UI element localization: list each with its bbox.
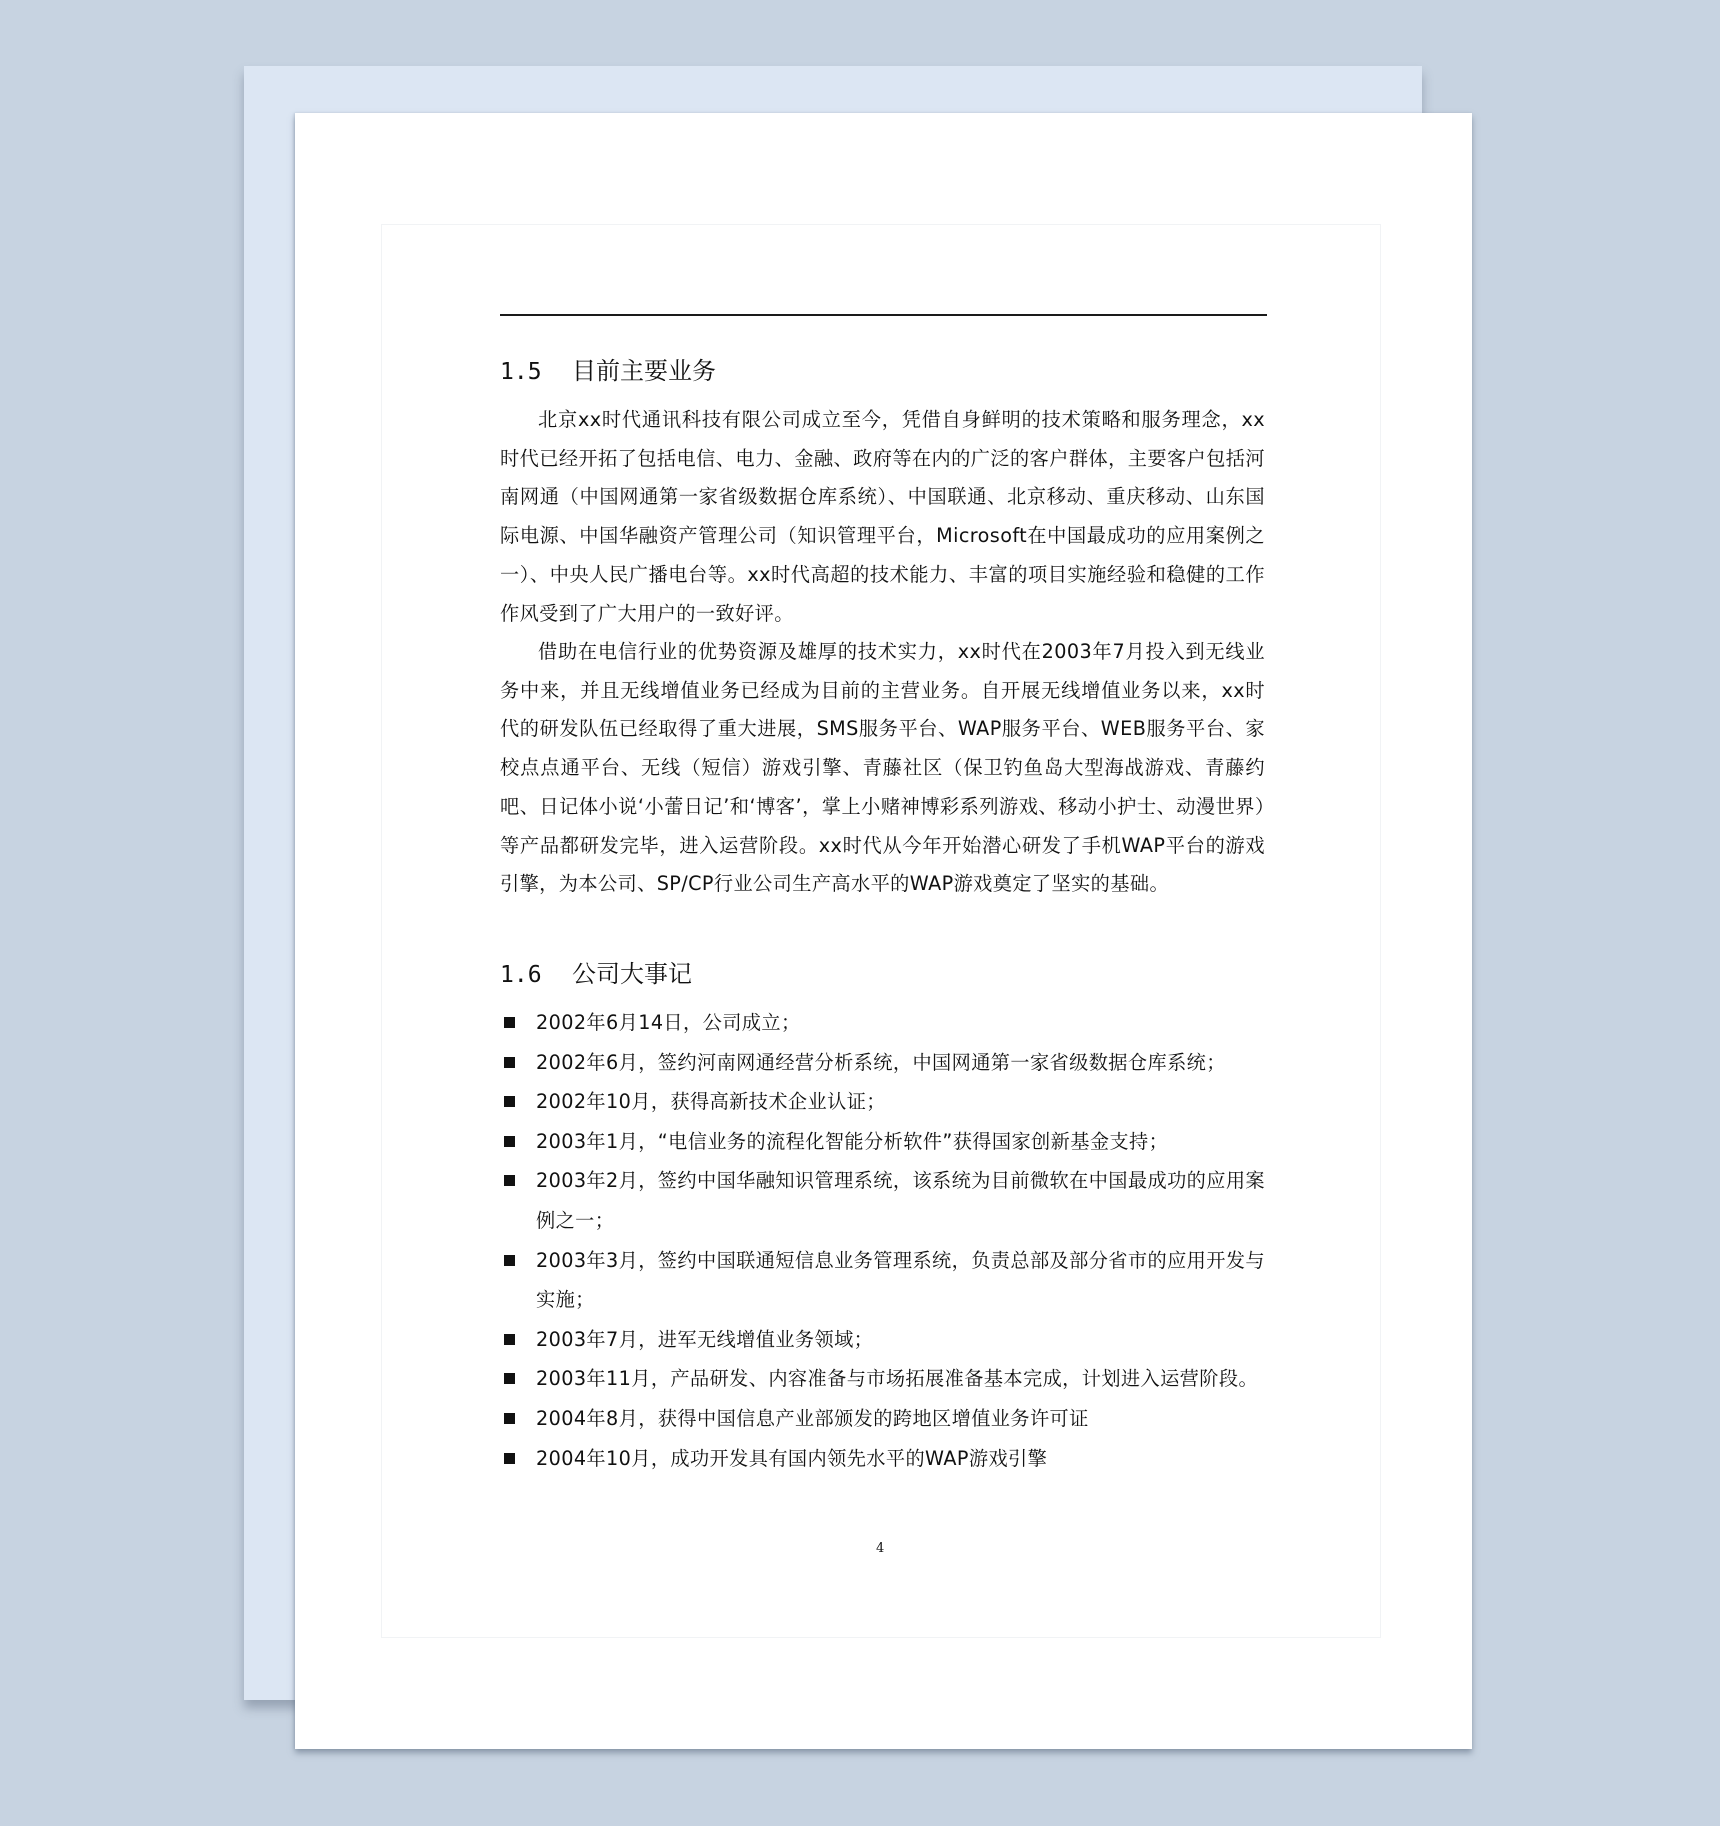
list-item-text: 2003年7月，进军无线增值业务领域； <box>536 1328 873 1351</box>
square-bullet-icon <box>504 1334 515 1345</box>
list-item-text: 2003年11月，产品研发、内容准备与市场拓展准备基本完成，计划进入运营阶段。 <box>536 1367 1258 1390</box>
list-item: 2002年10月，获得高新技术企业认证； <box>500 1082 1270 1122</box>
list-item-text: 2003年3月，签约中国联通短信息业务管理系统，负责总部及部分省市的应用开发与实… <box>536 1249 1265 1312</box>
list-item: 2004年10月，成功开发具有国内领先水平的WAP游戏引擎 <box>500 1439 1270 1479</box>
section-heading-1-5: 1.5目前主要业务 <box>500 356 716 387</box>
list-item-text: 2003年1月，“电信业务的流程化智能分析软件”获得国家创新基金支持； <box>536 1130 1168 1153</box>
list-item-text: 2004年10月，成功开发具有国内领先水平的WAP游戏引擎 <box>536 1447 1047 1470</box>
square-bullet-icon <box>504 1453 515 1464</box>
section-number: 1.6 <box>500 960 572 990</box>
document-page: 1.5目前主要业务 北京xx时代通讯科技有限公司成立至今，凭借自身鲜明的技术策略… <box>295 113 1472 1749</box>
list-item: 2003年1月，“电信业务的流程化智能分析软件”获得国家创新基金支持； <box>500 1122 1270 1162</box>
square-bullet-icon <box>504 1373 515 1384</box>
list-item: 2002年6月14日，公司成立； <box>500 1003 1270 1043</box>
section-title: 公司大事记 <box>572 960 692 988</box>
milestone-list: 2002年6月14日，公司成立； 2002年6月，签约河南网通经营分析系统，中国… <box>500 1003 1270 1478</box>
list-item: 2003年7月，进军无线增值业务领域； <box>500 1320 1270 1360</box>
list-item-text: 2004年8月，获得中国信息产业部颁发的跨地区增值业务许可证 <box>536 1407 1089 1430</box>
section-number: 1.5 <box>500 357 572 387</box>
square-bullet-icon <box>504 1096 515 1107</box>
square-bullet-icon <box>504 1175 515 1186</box>
square-bullet-icon <box>504 1057 515 1068</box>
list-item-text: 2002年10月，获得高新技术企业认证； <box>536 1090 886 1113</box>
list-item: 2004年8月，获得中国信息产业部颁发的跨地区增值业务许可证 <box>500 1399 1270 1439</box>
list-item: 2002年6月，签约河南网通经营分析系统，中国网通第一家省级数据仓库系统； <box>500 1043 1270 1083</box>
section-title: 目前主要业务 <box>572 357 716 385</box>
section-heading-1-6: 1.6公司大事记 <box>500 959 692 990</box>
paragraph: 借助在电信行业的优势资源及雄厚的技术实力，xx时代在2003年7月投入到无线业务… <box>500 633 1265 904</box>
square-bullet-icon <box>504 1136 515 1147</box>
square-bullet-icon <box>504 1255 515 1266</box>
square-bullet-icon <box>504 1413 515 1424</box>
paragraph: 北京xx时代通讯科技有限公司成立至今，凭借自身鲜明的技术策略和服务理念，xx时代… <box>500 401 1265 633</box>
list-item: 2003年11月，产品研发、内容准备与市场拓展准备基本完成，计划进入运营阶段。 <box>500 1359 1270 1399</box>
list-item: 2003年3月，签约中国联通短信息业务管理系统，负责总部及部分省市的应用开发与实… <box>500 1241 1270 1320</box>
list-item-text: 2002年6月，签约河南网通经营分析系统，中国网通第一家省级数据仓库系统； <box>536 1051 1226 1074</box>
square-bullet-icon <box>504 1017 515 1028</box>
list-item-text: 2003年2月，签约中国华融知识管理系统，该系统为目前微软在中国最成功的应用案例… <box>536 1169 1265 1232</box>
page-number: 4 <box>876 1541 884 1556</box>
list-item-text: 2002年6月14日，公司成立； <box>536 1011 801 1034</box>
list-item: 2003年2月，签约中国华融知识管理系统，该系统为目前微软在中国最成功的应用案例… <box>500 1161 1270 1240</box>
header-rule <box>500 314 1267 316</box>
